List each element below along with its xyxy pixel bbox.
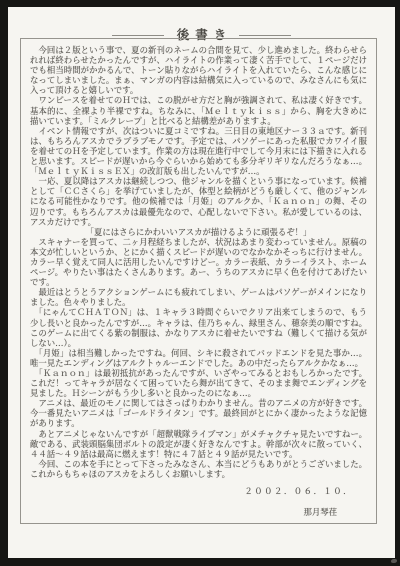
paragraph-thanks: 今回、この本を手にとって下さったみなさん、本当にどうもありがとうございました。こ… bbox=[30, 459, 367, 479]
paragraph-liveman: あとアニメじゃないんですが「超獣戦隊ライブマン」がメチャクチャ見たいですねー。敵… bbox=[30, 429, 367, 459]
author-signature: 那月琴荏 bbox=[30, 507, 367, 517]
paragraph-intro: 今回は２版という事で、夏の新刊のネームの合間を見て、少し進めました。終わらせられ… bbox=[30, 45, 367, 95]
title-rule-right bbox=[239, 35, 291, 36]
paragraph-scanner: スキャナーを買って、二ヶ月程経ちましたが、状況はあまり変わっていません。原稿の本… bbox=[30, 237, 367, 287]
scanned-afterword-page: 後書き 今回は２版という事で、夏の新刊のネームの合間を見て、少し進めました。終わ… bbox=[0, 0, 400, 566]
paragraph-games: 最近はとうとうアクションゲームにも疲れてしまい、ゲームはパソゲーがメインになりま… bbox=[30, 287, 367, 307]
date-line: ２００２．０６．１０． bbox=[30, 486, 367, 496]
paragraph-anime: アニメは、最近のモノに関してはさっぱりわかりません。昔のアニメの方が好きです。今… bbox=[30, 398, 367, 428]
paragraph-kanon: 「Ｋａｎｏｎ」は最初抵抗があったんですが、いざやってみるとおもしろかったです。こ… bbox=[30, 368, 367, 398]
resolution-quote: 「夏にはさらにかわいいアスカが描けるように頑張るぞ！」 bbox=[30, 227, 367, 237]
paragraph-chaton: 「にゃんてＣＨＡＴＯＮ」は、１キャラ３時間ぐらいでクリア出来てしまうので、もう少… bbox=[30, 307, 367, 347]
paragraph-onepiece: ワンピースを着せてのＨでは、この脱がせ方だと胸が強調されて、私は凄く好きです。基… bbox=[30, 95, 367, 125]
title-rule-left bbox=[112, 35, 164, 36]
paragraph-event-info: イベント情報ですが、次はついに夏コミですね。三日目の東地区ナー３３ａです。新刊は… bbox=[30, 126, 367, 176]
afterword-text-box: 今回は２版という事で、夏の新刊のネームの合間を見て、少し進めました。終わらせられ… bbox=[20, 38, 377, 524]
paragraph-tsukihime: 「月姫」は相当難しかったですね。何回、シキに殺されてバッドエンドを見た事か…。唯… bbox=[30, 348, 367, 368]
page-background: 後書き 今回は２版という事で、夏の新刊のネームの合間を見て、少し進めました。終わ… bbox=[8, 7, 395, 558]
paragraph-future-genres: 一応、夏以降はアスカは継続しつつ、他ジャンルを描くという事になっています。候補と… bbox=[30, 176, 367, 226]
scan-artifact bbox=[391, 559, 397, 563]
